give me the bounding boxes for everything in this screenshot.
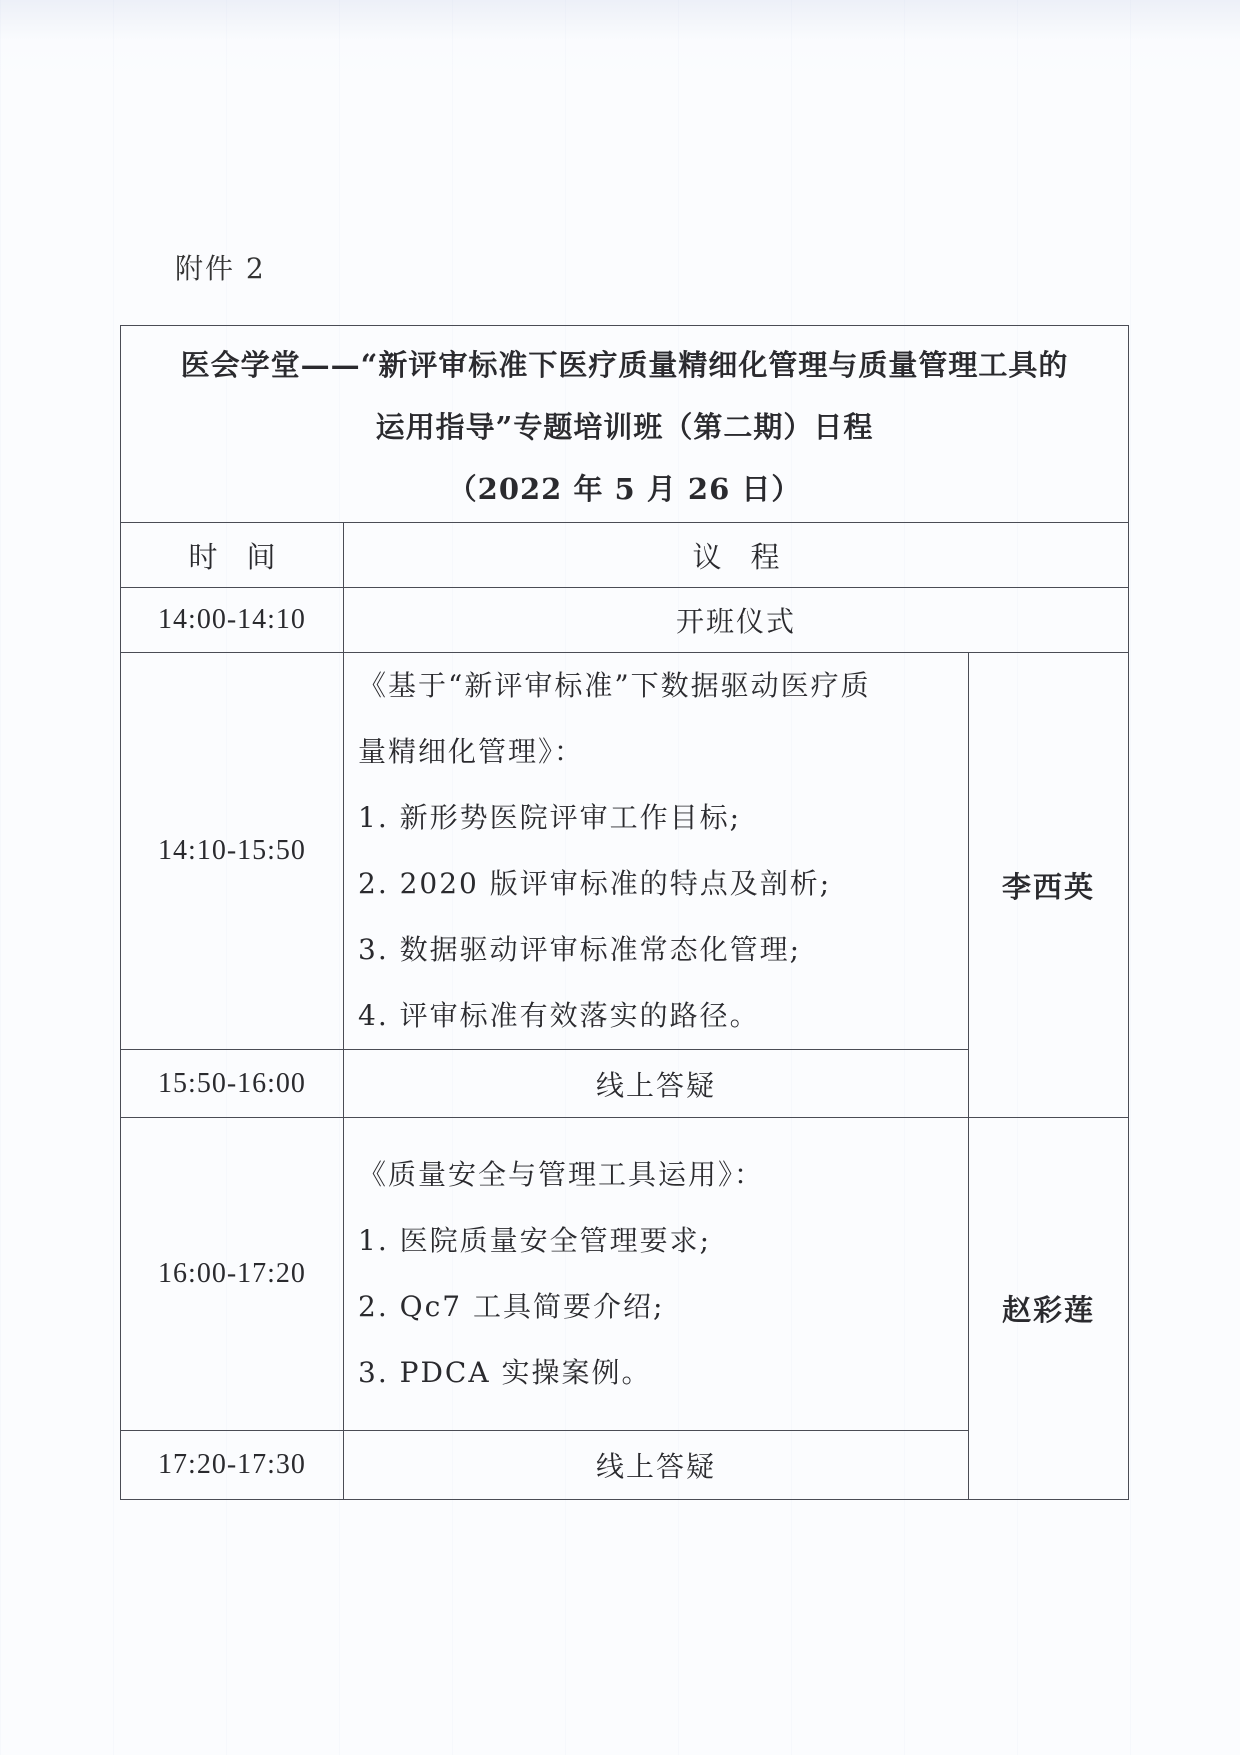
title-date: （2022 年 5 月 26 日） <box>121 458 1128 520</box>
title-line-1: 医会学堂——“新评审标准下医疗质量精细化管理与质量管理工具的 <box>121 328 1128 396</box>
time-cell: 16:00-17:20 <box>121 1118 344 1431</box>
header-agenda: 议 程 <box>344 523 1129 588</box>
title-line-2: 运用指导”专题培训班（第二期）日程 <box>121 396 1128 458</box>
agenda-line: 3. PDCA 实操案例。 <box>358 1340 968 1406</box>
agenda-line: 2. Qc7 工具简要介绍; <box>358 1274 968 1340</box>
schedule-title: 医会学堂——“新评审标准下医疗质量精细化管理与质量管理工具的 运用指导”专题培训… <box>121 326 1129 523</box>
table-row: 16:00-17:20 《质量安全与管理工具运用》： 1. 医院质量安全管理要求… <box>121 1118 1129 1431</box>
agenda-cell: 线上答疑 <box>344 1431 969 1500</box>
schedule-table: 医会学堂——“新评审标准下医疗质量精细化管理与质量管理工具的 运用指导”专题培训… <box>120 325 1129 1500</box>
title-row: 医会学堂——“新评审标准下医疗质量精细化管理与质量管理工具的 运用指导”专题培训… <box>121 326 1129 523</box>
agenda-line: 4. 评审标准有效落实的路径。 <box>358 983 968 1049</box>
speaker-cell: 李西英 <box>969 653 1129 1118</box>
agenda-line: 2. 2020 版评审标准的特点及剖析; <box>358 851 968 917</box>
agenda-cell: 开班仪式 <box>344 588 1129 653</box>
agenda-line: 1. 新形势医院评审工作目标; <box>358 785 968 851</box>
header-time: 时 间 <box>121 523 344 588</box>
time-cell: 17:20-17:30 <box>121 1431 344 1500</box>
agenda-line: 量精细化管理》： <box>358 719 968 785</box>
time-cell: 14:10-15:50 <box>121 653 344 1050</box>
agenda-line: 3. 数据驱动评审标准常态化管理; <box>358 917 968 983</box>
table-row: 14:10-15:50 《基于“新评审标准”下数据驱动医疗质 量精细化管理》： … <box>121 653 1129 1050</box>
header-row: 时 间 议 程 <box>121 523 1129 588</box>
agenda-line: 《基于“新评审标准”下数据驱动医疗质 <box>358 653 968 719</box>
agenda-cell: 《质量安全与管理工具运用》： 1. 医院质量安全管理要求; 2. Qc7 工具简… <box>344 1118 969 1431</box>
time-cell: 15:50-16:00 <box>121 1050 344 1118</box>
agenda-cell: 线上答疑 <box>344 1050 969 1118</box>
table-row: 14:00-14:10 开班仪式 <box>121 588 1129 653</box>
speaker-cell: 赵彩莲 <box>969 1118 1129 1500</box>
agenda-line: 《质量安全与管理工具运用》： <box>358 1142 968 1208</box>
agenda-line: 1. 医院质量安全管理要求; <box>358 1208 968 1274</box>
agenda-cell: 《基于“新评审标准”下数据驱动医疗质 量精细化管理》： 1. 新形势医院评审工作… <box>344 653 969 1050</box>
attachment-label: 附件 2 <box>175 247 266 287</box>
time-cell: 14:00-14:10 <box>121 588 344 653</box>
